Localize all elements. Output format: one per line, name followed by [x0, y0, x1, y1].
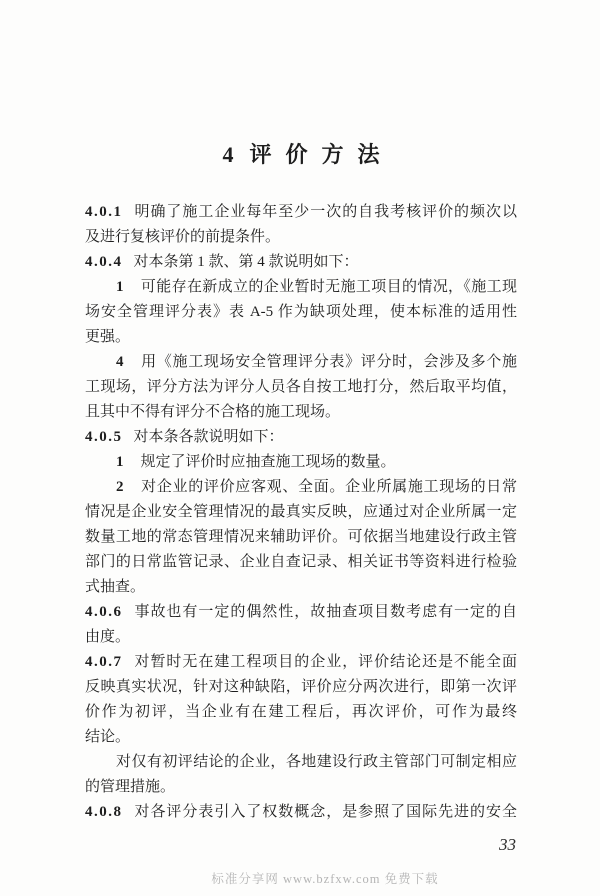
text-line: 2对企业的评价应客观、全面。企业所属施工现场的日常 [85, 475, 517, 500]
line-text: 事故也有一定的偶然性，故抽查项目数考虑有一定的自 [134, 604, 518, 620]
text-line: 4.0.7对暂时无在建工程项目的企业，评价结论还是不能全面 [85, 650, 517, 675]
text-line: 结论。 [85, 725, 517, 750]
text-line: 情况是企业安全管理情况的最真实反映，应通过对企业所属一定 [85, 500, 517, 525]
text-line: 4.0.1明确了施工企业每年至少一次的自我考核评价的频次以 [85, 200, 517, 225]
chapter-title: 4评价方法 [85, 138, 517, 169]
line-text: 可能存在新成立的企业暂时无施工项目的情况，《施工现 [141, 279, 518, 295]
line-text: 情况是企业安全管理情况的最真实反映，应通过对企业所属一定 [85, 504, 517, 520]
page-number: 33 [499, 835, 516, 855]
line-text: 对暂时无在建工程项目的企业，评价结论还是不能全面 [134, 654, 518, 670]
text-line: 4.0.8对各评分表引入了权数概念，是参照了国际先进的安全 [85, 800, 517, 825]
line-text: 对本条各款说明如下： [134, 429, 284, 445]
text-line: 4.0.5对本条各款说明如下： [85, 425, 517, 450]
line-text: 反映真实状况，针对这种缺陷，评价应分两次进行，即第一次评 [85, 679, 517, 695]
text-line: 反映真实状况，针对这种缺陷，评价应分两次进行，即第一次评 [85, 675, 517, 700]
line-text: 式抽查。 [85, 579, 145, 595]
line-text: 对仅有初评结论的企业，各地建设行政主管部门可制定相应 [116, 754, 517, 770]
line-text: 规定了评价时应抽查施工现场的数量。 [141, 454, 396, 470]
text-line: 1规定了评价时应抽查施工现场的数量。 [85, 450, 517, 475]
text-line: 式抽查。 [85, 575, 517, 600]
clause-number: 2 [116, 479, 124, 495]
text-line: 价作为初评，当企业有在建工程后，再次评价，可作为最终 [85, 700, 517, 725]
text-line: 4.0.4对本条第 1 款、第 4 款说明如下： [85, 250, 517, 275]
line-text: 用《施工现场安全管理评分表》评分时，会涉及多个施 [141, 354, 518, 370]
text-line: 且其中不得有评分不合格的施工现场。 [85, 400, 517, 425]
line-text: 工现场，评分方法为评分人员各自按工地打分，然后取平均值， [85, 379, 517, 395]
document-page: 4评价方法 4.0.1明确了施工企业每年至少一次的自我考核评价的频次以及进行复核… [0, 0, 600, 896]
line-text: 对本条第 1 款、第 4 款说明如下： [134, 254, 359, 270]
text-line: 4.0.6事故也有一定的偶然性，故抽查项目数考虑有一定的自 [85, 600, 517, 625]
clause-number: 1 [116, 454, 124, 470]
clause-number: 4.0.8 [85, 804, 123, 820]
line-text: 明确了施工企业每年至少一次的自我考核评价的频次以 [134, 204, 518, 220]
line-text: 的管理措施。 [85, 779, 175, 795]
clause-number: 4.0.6 [85, 604, 123, 620]
text-line: 1可能存在新成立的企业暂时无施工项目的情况，《施工现 [85, 275, 517, 300]
clause-number: 4 [116, 354, 124, 370]
text-line: 场安全管理评分表》表 A-5 作为缺项处理，使本标准的适用性 [85, 300, 517, 325]
line-text: 由度。 [85, 629, 130, 645]
text-line: 数量工地的常态管理情况来辅助评价。可依据当地建设行政主管 [85, 525, 517, 550]
watermark-text: 标准分享网 www.bzfxw.com 免费下载 [211, 869, 438, 887]
clause-number: 4.0.1 [85, 204, 123, 220]
clause-number: 4.0.7 [85, 654, 123, 670]
line-text: 及进行复核评价的前提条件。 [85, 229, 280, 245]
line-text: 更强。 [85, 329, 130, 345]
text-line: 的管理措施。 [85, 775, 517, 800]
text-line: 4用《施工现场安全管理评分表》评分时，会涉及多个施 [85, 350, 517, 375]
clause-number: 4.0.5 [85, 429, 123, 445]
text-line: 部门的日常监管记录、企业自查记录、相关证书等资料进行检验 [85, 550, 517, 575]
line-text: 且其中不得有评分不合格的施工现场。 [85, 404, 340, 420]
chapter-number: 4 [222, 142, 233, 167]
line-text: 数量工地的常态管理情况来辅助评价。可依据当地建设行政主管 [85, 529, 517, 545]
line-text: 对各评分表引入了权数概念，是参照了国际先进的安全 [134, 804, 518, 820]
line-text: 对企业的评价应客观、全面。企业所属施工现场的日常 [141, 479, 518, 495]
chapter-title-text: 评价方法 [249, 142, 393, 167]
text-line: 工现场，评分方法为评分人员各自按工地打分，然后取平均值， [85, 375, 517, 400]
clause-number: 4.0.4 [85, 254, 123, 270]
line-text: 部门的日常监管记录、企业自查记录、相关证书等资料进行检验 [85, 554, 517, 570]
text-line: 更强。 [85, 325, 517, 350]
text-line: 对仅有初评结论的企业，各地建设行政主管部门可制定相应 [85, 750, 517, 775]
page-body: 4.0.1明确了施工企业每年至少一次的自我考核评价的频次以及进行复核评价的前提条… [85, 200, 517, 825]
text-line: 及进行复核评价的前提条件。 [85, 225, 517, 250]
line-text: 场安全管理评分表》表 A-5 作为缺项处理，使本标准的适用性 [85, 304, 517, 320]
line-text: 结论。 [85, 729, 130, 745]
clause-number: 1 [116, 279, 124, 295]
line-text: 价作为初评，当企业有在建工程后，再次评价，可作为最终 [85, 704, 517, 720]
text-line: 由度。 [85, 625, 517, 650]
